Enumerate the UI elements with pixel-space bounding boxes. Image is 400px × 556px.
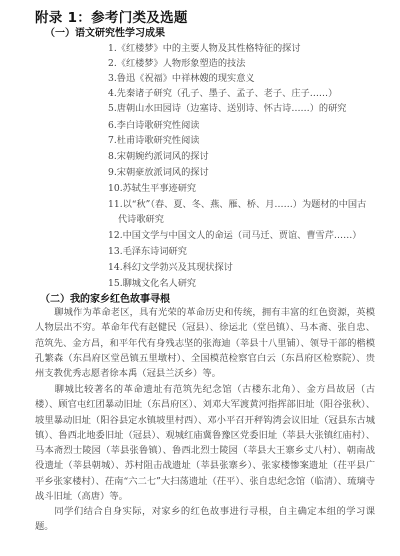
paragraph-heroes: 聊城作为革命老区，具有光荣的革命历史和传统，拥有丰富的红色资源，英模人物层出不穷… — [35, 305, 375, 381]
list-item: 4.先秦诸子研究（孔子、墨子、孟子、老子、庄子……） — [108, 85, 337, 99]
list-item: 12.中国文学与中国文人的命运（司马迁、贾谊、曹雪芹……） — [108, 227, 362, 241]
list-item: 1.《红楼梦》中的主要人物及其性格特征的探讨 — [108, 40, 301, 54]
list-item: 13.毛泽东诗词研究 — [108, 243, 187, 257]
appendix-title: 附录 1：参考门类及选题 — [35, 6, 188, 26]
section2-heading: （二）我的家乡红色故事寻根 — [40, 290, 170, 305]
list-item: 10.苏轼生平事迹研究 — [108, 180, 196, 194]
list-item: 14.科幻文学勃兴及其现状探讨 — [108, 259, 233, 273]
list-item: 3.鲁迅《祝福》中祥林嫂的现实意义 — [108, 70, 255, 84]
paragraph-sites: 聊城比较著名的革命遗址有范筑先纪念馆（古楼东北角）、金方昌故居（古楼）、顾官屯红… — [35, 382, 375, 504]
list-item-continuation: 代诗歌研究 — [118, 211, 164, 225]
list-item: 5.唐朝山水田园诗（边塞诗、送别诗、怀古诗……）的研究 — [108, 100, 346, 114]
paragraph-instructions: 同学们结合自身实际，对家乡的红色故事进行寻根，自主确定本组的学习课题。 — [35, 504, 375, 535]
list-item: 6.李白诗歌研究性阅读 — [108, 117, 199, 131]
list-item: 2.《红楼梦》人物形象塑造的技法 — [108, 55, 245, 69]
list-item: 8.宋朝婉约派词风的探讨 — [108, 148, 209, 162]
section1-heading: （一）语文研究性学习成果 — [45, 24, 165, 39]
document-page: 附录 1：参考门类及选题 （一）语文研究性学习成果 1.《红楼梦》中的主要人物及… — [0, 0, 400, 556]
list-item: 15.聊城文化名人研究 — [108, 275, 196, 289]
list-item: 7.杜甫诗歌研究性阅读 — [108, 132, 199, 146]
list-item: 9.宋朝豪放派词风的探讨 — [108, 164, 209, 178]
list-item: 11.以“秋”（春、夏、冬、燕、雁、桥、月……）为题材的中国古 — [108, 196, 366, 210]
